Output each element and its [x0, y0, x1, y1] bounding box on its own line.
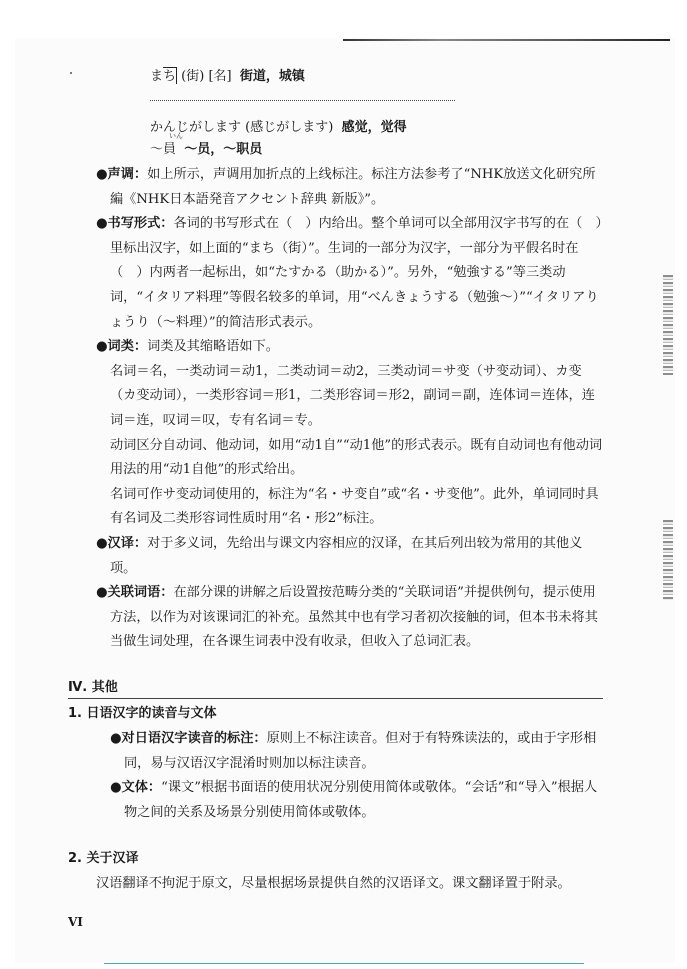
kanji-reading-block: ●对日语汉字读音的标注：原则上不标注读音。但对于有特殊读法的，或由于字形相同，易…	[110, 727, 606, 825]
bullet-related-words: ●关联词语：在部分课的讲解之后设置按范畴分类的“关联词语”并提供例句，提示使用方…	[96, 581, 606, 655]
section-heading-other: Ⅳ. 其他	[68, 678, 603, 699]
vocab-meaning: ～员，～职员	[184, 142, 262, 157]
translation-note: 汉语翻译不拘泥于原文，尽量根据场景提供自然的汉语译文。课文翻译置于附录。	[96, 872, 606, 897]
dotted-separator	[150, 100, 455, 101]
bullet-label: ●关联词语：	[96, 585, 173, 600]
vocab-kana: ま	[150, 69, 163, 84]
subsection-heading-translation: 2. 关于汉译	[68, 850, 139, 868]
bullet-label: ●声调：	[96, 167, 147, 182]
accent-mark-kana: ち	[163, 67, 177, 84]
bullet-kanji-reading: ●对日语汉字读音的标注：原则上不标注读音。但对于有特殊读法的，或由于字形相同，易…	[110, 727, 606, 776]
scan-speck	[70, 72, 72, 74]
vocab-kanji: 員	[163, 142, 176, 157]
bullet-tone: ●声调：如上所示，声调用加折点的上线标注。标注方法参考了“NHK放送文化研究所編…	[96, 163, 606, 212]
header-rule	[343, 39, 670, 41]
vocab-kanji: (感じがします)	[245, 120, 333, 135]
vocab-prefix: ～	[150, 142, 163, 157]
pos-verb-transitivity: 动词区分自动词、他动词，如用“动1自”“动1他”的形式表示。既有自动词也有他动词…	[96, 434, 606, 483]
bullet-text: 词类及其缩略语如下。	[147, 339, 279, 354]
bullet-style: ●文体：“课文”根据书面语的使用状况分别使用简体或敬体。“会话”和“导入”根据人…	[110, 776, 606, 825]
vocab-kanji-ruby: 員いん	[163, 141, 176, 159]
page-number: VI	[68, 915, 83, 929]
vocab-entry-kanjigashimasu: かんじがします (感じがします) 感觉，觉得	[150, 119, 407, 137]
bullet-label: ●书写形式：	[96, 216, 173, 231]
bullet-text: 各词的书写形式在（ ）内给出。整个单词可以全部用汉字书写的在（ ）里标出汉字，如…	[110, 216, 602, 329]
vocab-meaning: 街道，城镇	[240, 69, 305, 84]
bullet-text: 对于多义词，先给出与课文内容相应的汉译，在其后列出较为常用的其他义项。	[110, 536, 582, 576]
bullet-text: “课文”根据书面语的使用状况分别使用简体或敬体。“会话”和“导入”根据人物之间的…	[124, 780, 597, 820]
scan-edge-artifact	[663, 520, 673, 600]
bullet-label: ●汉译：	[96, 536, 147, 551]
vocab-meaning: 感觉，觉得	[342, 120, 407, 135]
bullet-parts-of-speech: ●词类：词类及其缩略语如下。	[96, 335, 606, 360]
bullet-label: ●文体：	[110, 780, 161, 795]
vocab-entry-in: ～員いん ～员，～职员	[150, 141, 262, 159]
subsection-heading-kanji-reading: 1. 日语汉字的读音与文体	[68, 705, 217, 723]
bullet-label: ●词类：	[96, 339, 147, 354]
footer-rule	[104, 963, 584, 964]
scan-edge-artifact	[663, 275, 673, 375]
ruby-text: いん	[169, 132, 183, 140]
pos-abbreviations: 名词＝名，一类动词＝动1，二类动词＝动2，三类动词＝サ变（サ变动词）、カ变（カ变…	[96, 360, 606, 434]
pos-noun-suru: 名词可作サ变动词使用的，标注为“名・サ变自”或“名・サ变他”。此外，单词同时具有…	[96, 483, 606, 532]
vocab-kana: かんじがします	[150, 120, 241, 135]
vocab-kanji: (街)	[181, 69, 204, 84]
bullet-writing-form: ●书写形式：各词的书写形式在（ ）内给出。整个单词可以全部用汉字书写的在（ ）里…	[96, 212, 606, 335]
vocab-entry-machi: まち (街) [名] 街道，城镇	[150, 68, 305, 86]
bullet-text: 如上所示，声调用加折点的上线标注。标注方法参考了“NHK放送文化研究所編《NHK…	[110, 167, 596, 207]
notes-block: ●声调：如上所示，声调用加折点的上线标注。标注方法参考了“NHK放送文化研究所編…	[96, 163, 606, 655]
vocab-pos: [名]	[208, 69, 231, 84]
bullet-label: ●对日语汉字读音的标注：	[110, 731, 267, 746]
bullet-text: 在部分课的讲解之后设置按范畴分类的“关联词语”并提供例句，提示使用方法，以作为对…	[110, 585, 598, 649]
bullet-translation: ●汉译：对于多义词，先给出与课文内容相应的汉译，在其后列出较为常用的其他义项。	[96, 532, 606, 581]
